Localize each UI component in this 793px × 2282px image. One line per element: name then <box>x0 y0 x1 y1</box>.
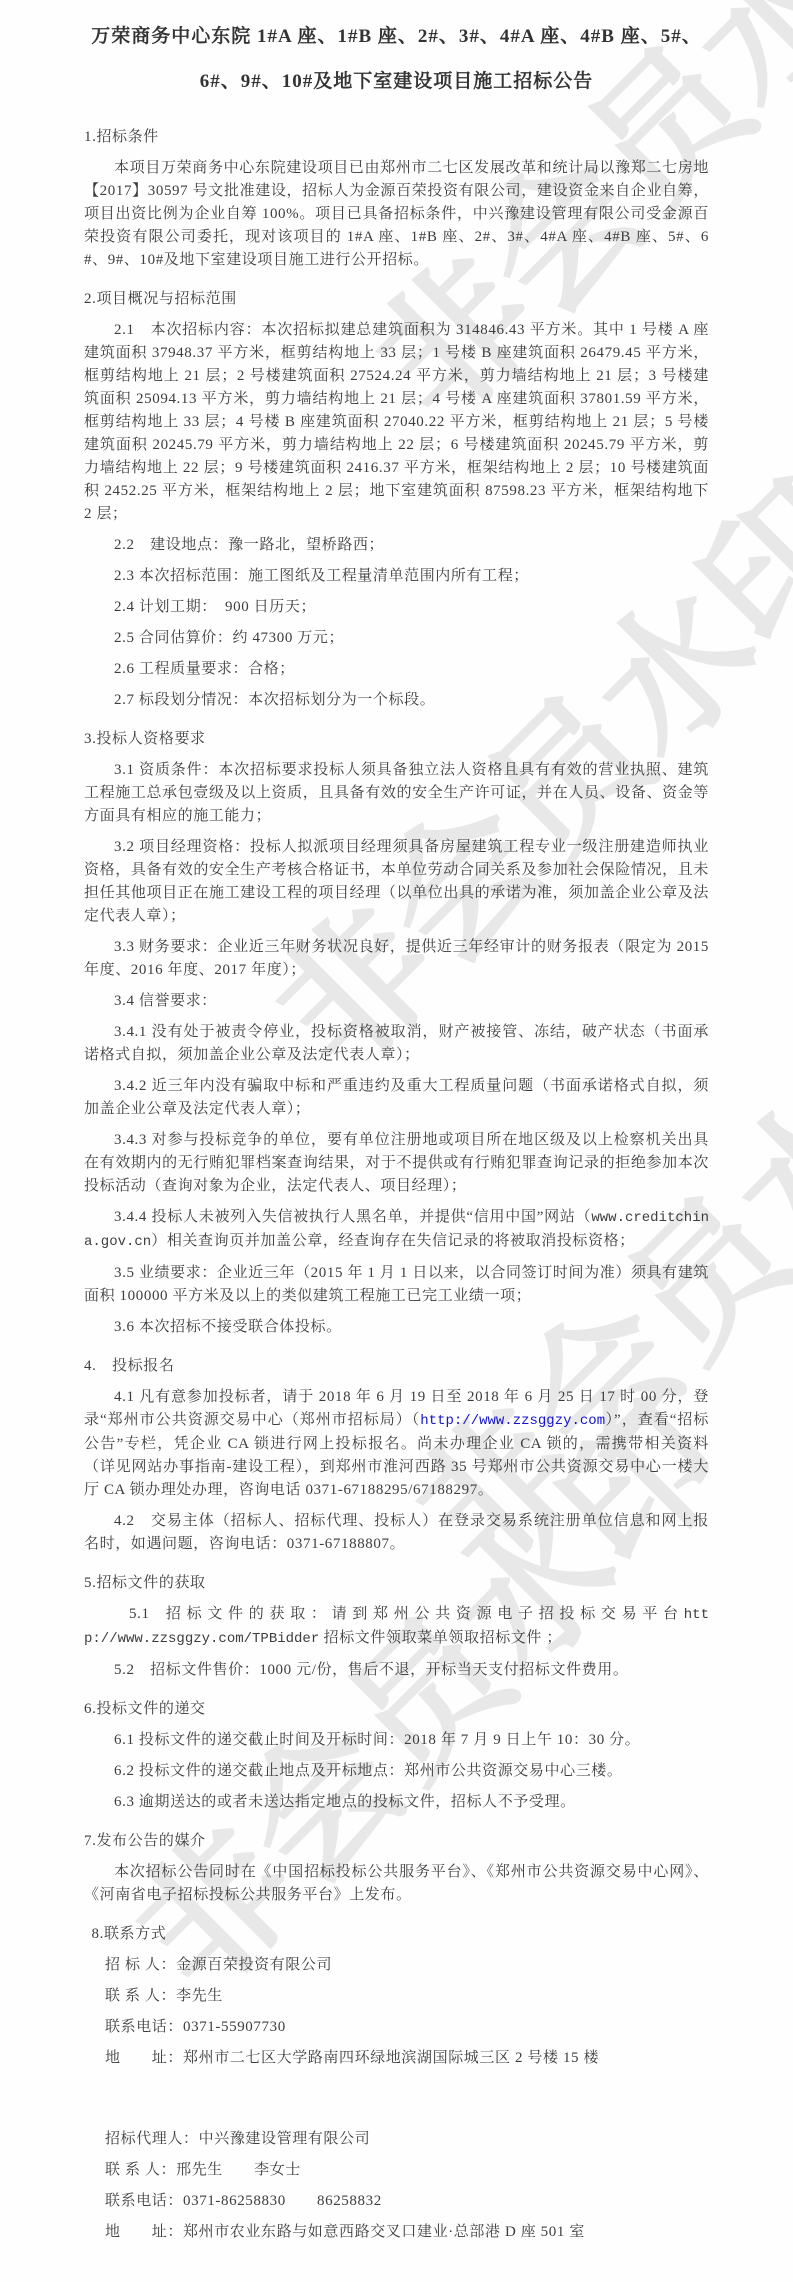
paragraph: 3.6 本次招标不接受联合体投标。 <box>84 1316 709 1339</box>
paragraph: 2.2 建设地点：豫一路北，望桥路西； <box>84 534 709 557</box>
paragraph: 2.7 标段划分情况：本次招标划分为一个标段。 <box>84 689 709 712</box>
contact-row: 地 址：郑州市二七区大学路南四环绿地滨湖国际城三区 2 号楼 15 楼 <box>84 2047 709 2070</box>
contact-row: 联 系 人：邢先生 李女士 <box>84 2159 709 2182</box>
contact-row: 联系电话：0371-86258830 86258832 <box>84 2190 709 2213</box>
section-heading: 5.招标文件的获取 <box>84 1572 709 1595</box>
section-heading: 7.发布公告的媒介 <box>84 1830 709 1853</box>
contact-row: 联 系 人：李先生 <box>84 1985 709 2008</box>
section-heading: 2.项目概况与招标范围 <box>84 288 709 311</box>
paragraph: 2.5 合同估算价：约 47300 万元； <box>84 627 709 650</box>
paragraph: 5.2 招标文件售价：1000 元/份，售后不退，开标当天支付招标文件费用。 <box>84 1659 709 1682</box>
spacer <box>84 2078 709 2120</box>
paragraph: 6.2 投标文件的递交截止地点及开标地点：郑州市公共资源交易中心三楼。 <box>84 1760 709 1783</box>
contact-row: 联系电话：0371-55907730 <box>84 2016 709 2039</box>
paragraph: 3.4.3 对参与投标竞争的单位，要有单位注册地或项目所在地区级及以上检察机关出… <box>84 1129 709 1198</box>
paragraph: 本项目万荣商务中心东院建设项目已由郑州市二七区发展改革和统计局以豫郑二七房地【2… <box>84 157 709 272</box>
paragraph: 3.4.1 没有处于被责令停业，投标资格被取消，财产被接管、冻结，破产状态（书面… <box>84 1021 709 1067</box>
paragraph: 4.2 交易主体（招标人、招标代理、投标人）在登录交易系统注册单位信息和网上报名… <box>84 1510 709 1556</box>
paragraph: 3.4.4 投标人未被列入失信被执行人黑名单，并提供“信用中国”网站（www.c… <box>84 1206 709 1254</box>
paragraph: 3.2 项目经理资格：投标人拟派项目经理须具备房屋建筑工程专业一级注册建造师执业… <box>84 836 709 928</box>
section-heading: 8.联系方式 <box>84 1923 709 1946</box>
paragraph: 4.1 凡有意参加投标者，请于 2018 年 6 月 19 日至 2018 年 … <box>84 1386 709 1502</box>
text-segment: ）相关查询页并加盖公章，经查询存在失信记录的将被取消投标资格； <box>151 1233 635 1249</box>
page-title: 万荣商务中心东院 1#A 座、1#B 座、2#、3#、4#A 座、4#B 座、5… <box>84 14 709 104</box>
contact-row: 招标代理人：中兴豫建设管理有限公司 <box>84 2128 709 2151</box>
paragraph: 3.3 财务要求：企业近三年财务状况良好，提供近三年经审计的财务报表（限定为 2… <box>84 936 709 982</box>
text-segment: 3.4.4 投标人未被列入失信被执行人黑名单，并提供“信用中国”网站（ <box>114 1209 591 1225</box>
page-title-line-1: 万荣商务中心东院 1#A 座、1#B 座、2#、3#、4#A 座、4#B 座、5… <box>84 14 709 59</box>
paragraph: 2.3 本次招标范围：施工图纸及工程量清单范围内所有工程； <box>84 565 709 588</box>
paragraph: 2.4 计划工期： 900 日历天； <box>84 596 709 619</box>
url-link[interactable]: http://www.zzsggzy.com <box>420 1413 605 1429</box>
document-content: 万荣商务中心东院 1#A 座、1#B 座、2#、3#、4#A 座、4#B 座、5… <box>0 0 793 2282</box>
text-segment: 招标文件领取菜单领取招标文件 ； <box>319 1630 562 1646</box>
announcement-page: 非会员水印 非会员水印 非会员水印 非会员水印 万荣商务中心东院 1#A 座、1… <box>0 0 793 2282</box>
text-segment: 5.1 招 标 文 件 的 获 取 ： 请 到 郑 州 公 共 资 源 电 子 … <box>129 1606 684 1622</box>
paragraph: 本次招标公告同时在《中国招标投标公共服务平台》、《郑州市公共资源交易中心网》、《… <box>84 1861 709 1907</box>
section-heading: 6.投标文件的递交 <box>84 1698 709 1721</box>
contact-row: 地 址：郑州市农业东路与如意西路交叉口建业·总部港 D 座 501 室 <box>84 2221 709 2244</box>
paragraph: 6.1 投标文件的递交截止时间及开标时间：2018 年 7 月 9 日上午 10… <box>84 1729 709 1752</box>
paragraph: 6.3 逾期送达的或者未送达指定地点的投标文件，招标人不予受理。 <box>84 1791 709 1814</box>
document-body: 1.招标条件本项目万荣商务中心东院建设项目已由郑州市二七区发展改革和统计局以豫郑… <box>84 126 709 2244</box>
paragraph: 2.6 工程质量要求：合格； <box>84 658 709 681</box>
section-heading: 4. 投标报名 <box>84 1355 709 1378</box>
paragraph: 3.4.2 近三年内没有骗取中标和严重违约及重大工程质量问题（书面承诺格式自拟，… <box>84 1075 709 1121</box>
paragraph: 2.1 本次招标内容：本次招标拟建总建筑面积为 314846.43 平方米。其中… <box>84 319 709 526</box>
page-title-line-2: 6#、9#、10#及地下室建设项目施工招标公告 <box>84 59 709 104</box>
paragraph: 3.1 资质条件：本次招标要求投标人须具备独立法人资格且具有有效的营业执照、建筑… <box>84 759 709 828</box>
paragraph: 3.4 信誉要求： <box>84 990 709 1013</box>
paragraph: 5.1 招 标 文 件 的 获 取 ： 请 到 郑 州 公 共 资 源 电 子 … <box>84 1603 709 1651</box>
section-heading: 1.招标条件 <box>84 126 709 149</box>
section-heading: 3.投标人资格要求 <box>84 728 709 751</box>
paragraph: 3.5 业绩要求：企业近三年（2015 年 1 月 1 日以来，以合同签订时间为… <box>84 1262 709 1308</box>
contact-row: 招 标 人：金源百荣投资有限公司 <box>84 1954 709 1977</box>
